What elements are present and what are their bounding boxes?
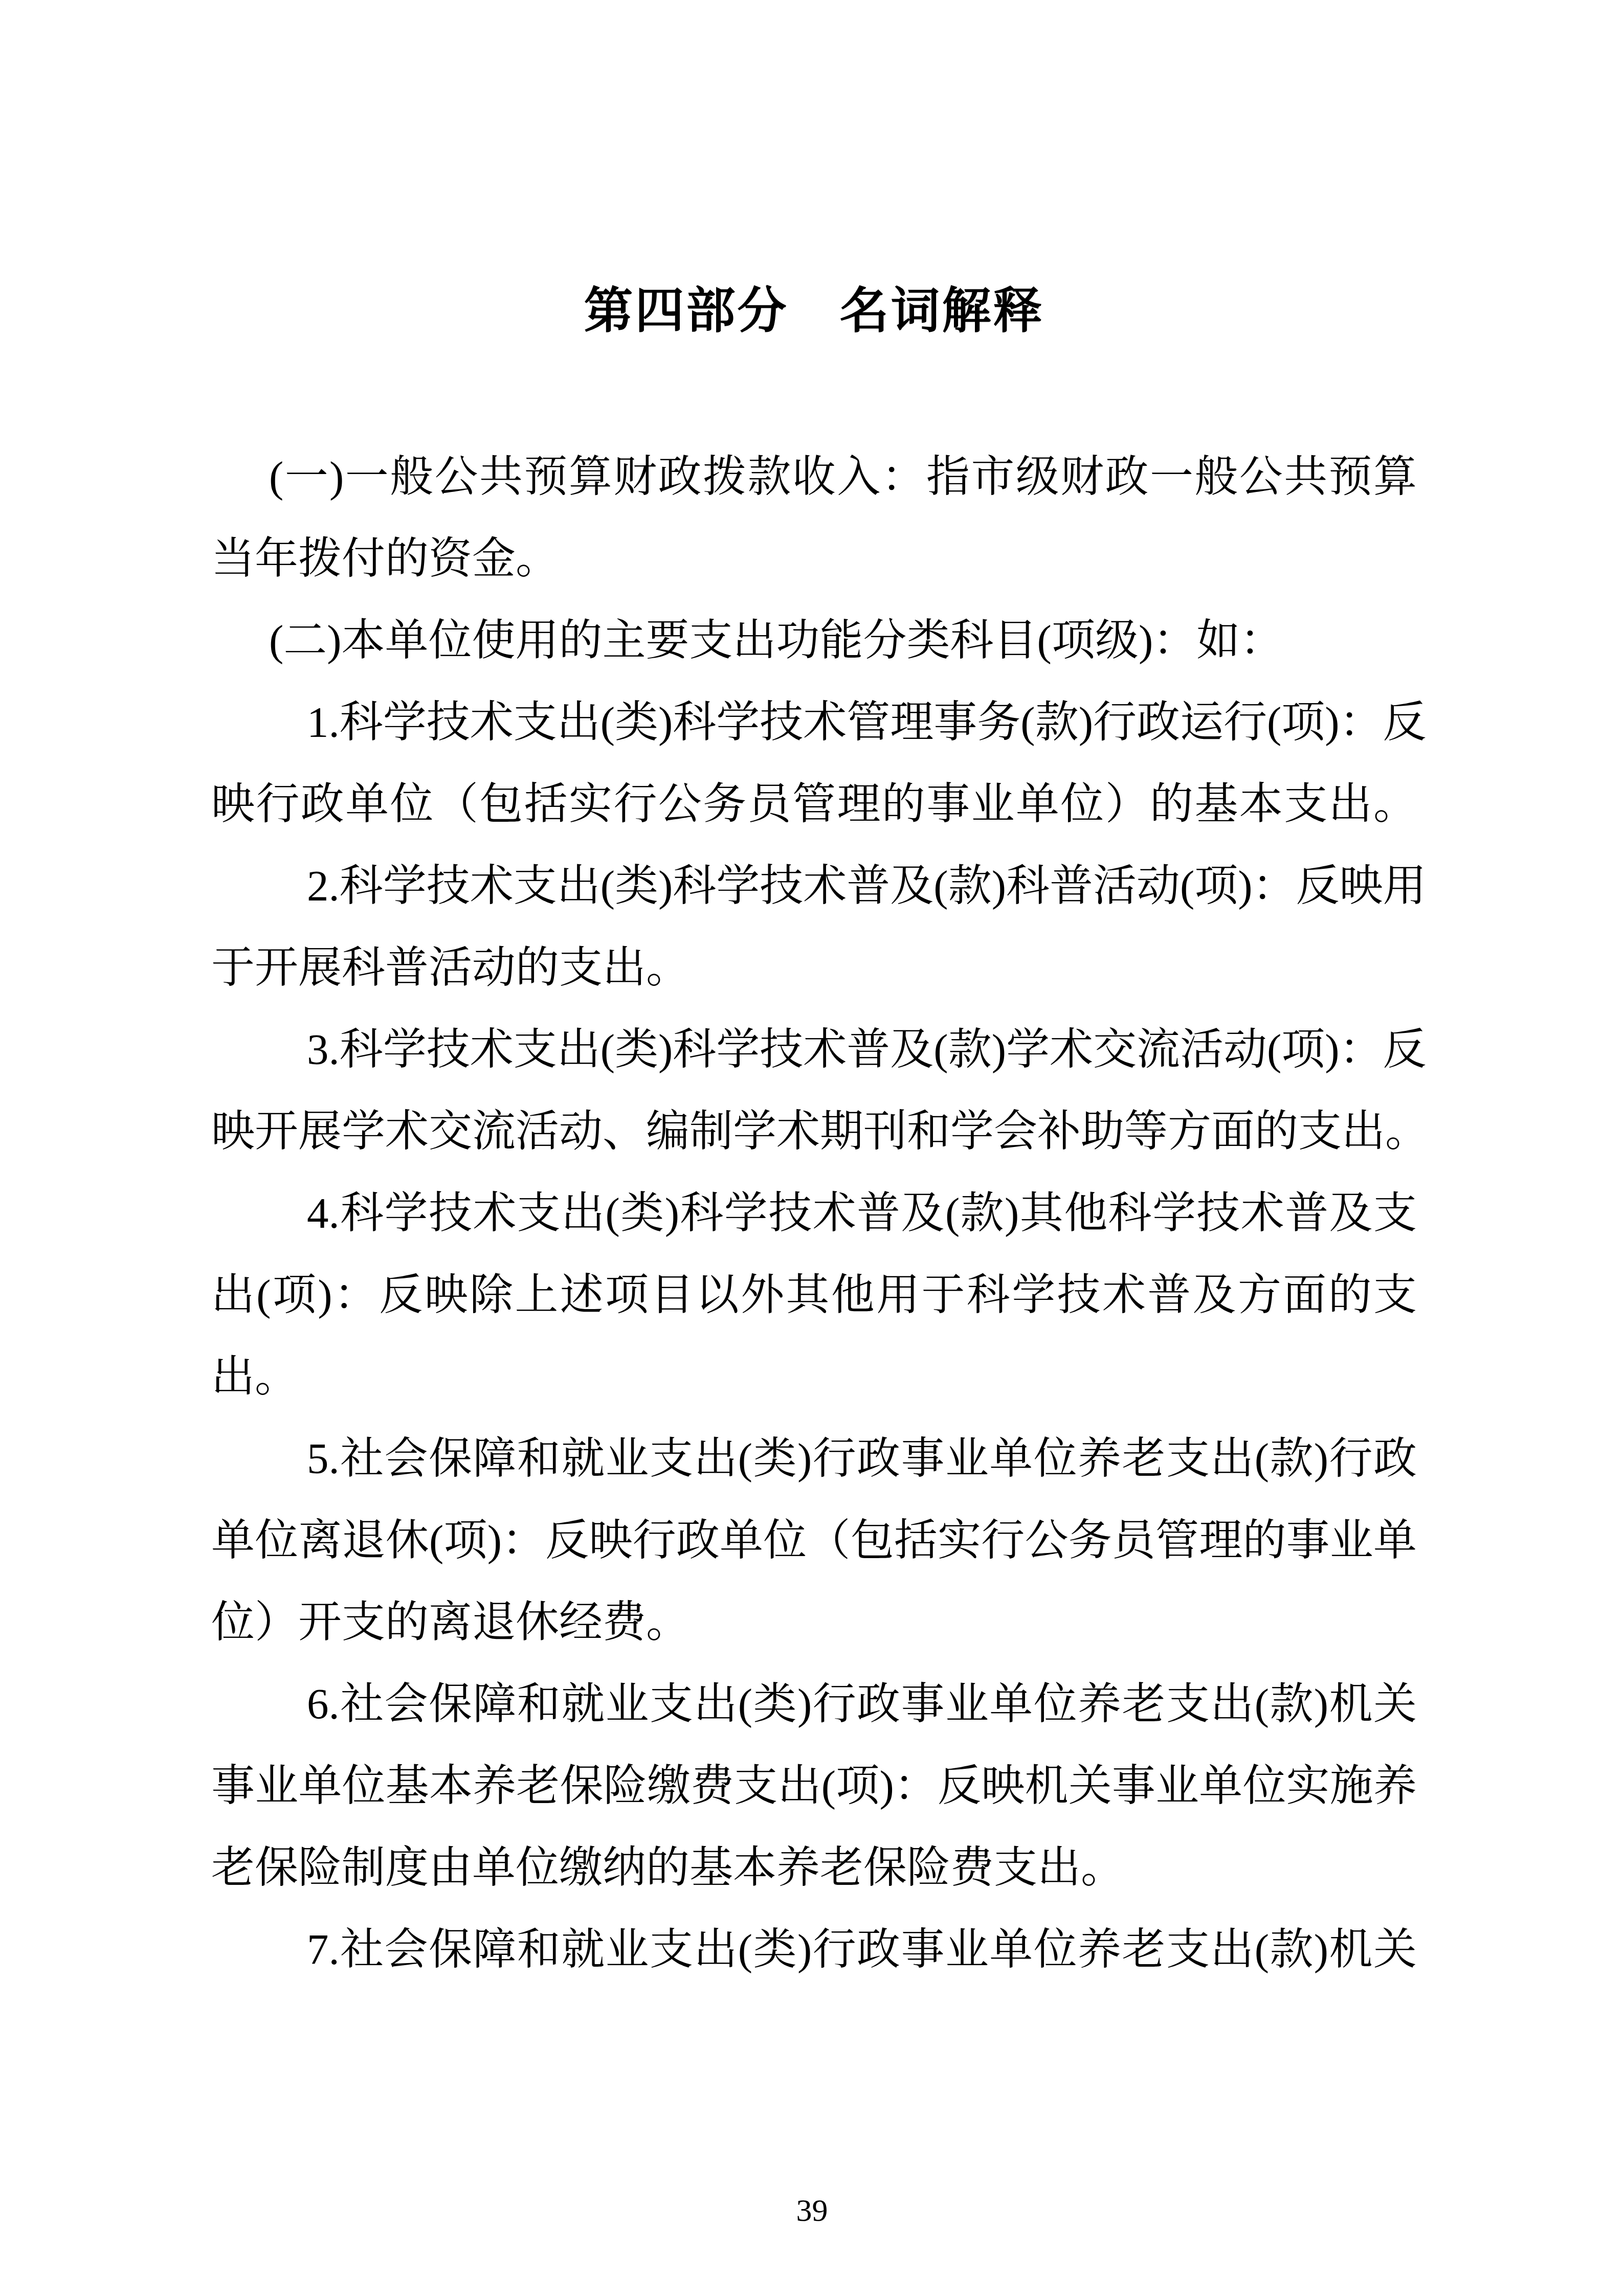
text-line: 7.社会保障和就业支出(类)行政事业单位养老支出(款)机关	[211, 1909, 1417, 1991]
section-title: 第四部分 名词解释	[211, 270, 1417, 352]
text-line: (二)本单位使用的主要支出功能分类科目(项级)：如：	[211, 600, 1417, 682]
text-line: 映行政单位（包括实行公务员管理的事业单位）的基本支出。	[211, 763, 1417, 845]
document-page: 第四部分 名词解释 (一)一般公共预算财政拨款收入：指市级财政一般公共预算 当年…	[0, 0, 1624, 2296]
text-line: 当年拨付的资金。	[211, 518, 1417, 600]
text-line: 事业单位基本养老保险缴费支出(项)：反映机关事业单位实施养	[211, 1745, 1417, 1827]
text-block: 第四部分 名词解释 (一)一般公共预算财政拨款收入：指市级财政一般公共预算 当年…	[211, 0, 1417, 1991]
page-number: 39	[0, 2195, 1624, 2231]
body-text: (一)一般公共预算财政拨款收入：指市级财政一般公共预算 当年拨付的资金。 (二)…	[211, 436, 1417, 1991]
text-line: 6.社会保障和就业支出(类)行政事业单位养老支出(款)机关	[211, 1663, 1417, 1745]
text-line: 1.科学技术支出(类)科学技术管理事务(款)行政运行(项)：反	[211, 682, 1417, 763]
text-line: 于开展科普活动的支出。	[211, 927, 1417, 1009]
text-line: 单位离退休(项)：反映行政单位（包括实行公务员管理的事业单	[211, 1500, 1417, 1582]
text-line: 映开展学术交流活动、编制学术期刊和学会补助等方面的支出。	[211, 1091, 1417, 1173]
text-line: 出。	[211, 1336, 1417, 1418]
text-line: 老保险制度由单位缴纳的基本养老保险费支出。	[211, 1827, 1417, 1909]
text-line: 5.社会保障和就业支出(类)行政事业单位养老支出(款)行政	[211, 1418, 1417, 1500]
text-line: 2.科学技术支出(类)科学技术普及(款)科普活动(项)：反映用	[211, 845, 1417, 927]
text-line: 3.科学技术支出(类)科学技术普及(款)学术交流活动(项)：反	[211, 1009, 1417, 1091]
text-line: 4.科学技术支出(类)科学技术普及(款)其他科学技术普及支	[211, 1173, 1417, 1254]
text-line: 出(项)：反映除上述项目以外其他用于科学技术普及方面的支	[211, 1254, 1417, 1336]
text-line: (一)一般公共预算财政拨款收入：指市级财政一般公共预算	[211, 436, 1417, 518]
text-line: 位）开支的离退休经费。	[211, 1582, 1417, 1663]
